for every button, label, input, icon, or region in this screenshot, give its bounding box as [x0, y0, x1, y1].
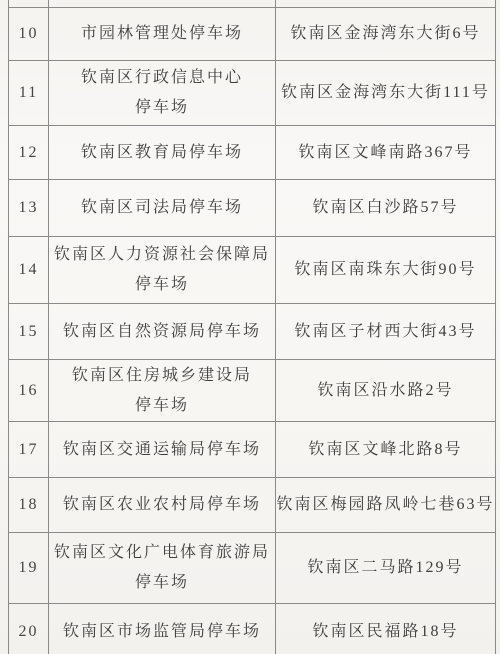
parking-lot-name: 钦南区交通运输局停车场	[49, 422, 276, 478]
table-row: 19 钦南区文化广电体育旅游局 停车场 钦南区二马路129号	[9, 533, 496, 604]
parking-lot-address: 钦南区二马路129号	[276, 533, 496, 604]
table-row: 20 钦南区市场监管局停车场 钦南区民福路18号	[9, 604, 496, 654]
parking-lot-address: 钦南区文峰北路8号	[276, 422, 496, 478]
row-number-cell	[9, 0, 49, 8]
parking-lot-address: 钦南区沿水路2号	[276, 360, 496, 422]
row-number: 13	[9, 180, 49, 237]
parking-lot-name: 钦南区住房城乡建设局 停车场	[49, 360, 276, 422]
parking-lot-name: 钦南区自然资源局停车场	[49, 304, 276, 360]
table-row: 18 钦南区农业农村局停车场 钦南区梅园路凤岭七巷63号	[9, 478, 496, 533]
parking-lot-name: 钦南区市场监管局停车场	[49, 604, 276, 654]
parking-lot-address: 钦南区梅园路凤岭七巷63号	[276, 478, 496, 533]
row-number: 15	[9, 304, 49, 360]
row-number: 18	[9, 478, 49, 533]
parking-lot-address: 钦南区金海湾东大街111号	[276, 61, 496, 126]
table-row-partial	[9, 0, 496, 8]
row-number: 10	[9, 8, 49, 61]
row-number: 11	[9, 61, 49, 126]
parking-lot-table: 10 市园林管理处停车场 钦南区金海湾东大街6号 11 钦南区行政信息中心 停车…	[8, 0, 496, 654]
parking-lot-name: 钦南区司法局停车场	[49, 180, 276, 237]
row-number: 17	[9, 422, 49, 478]
row-number: 16	[9, 360, 49, 422]
row-number: 14	[9, 237, 49, 304]
parking-lot-name: 钦南区农业农村局停车场	[49, 478, 276, 533]
table-row: 11 钦南区行政信息中心 停车场 钦南区金海湾东大街111号	[9, 61, 496, 126]
parking-lot-address-cell	[276, 0, 496, 8]
row-number: 12	[9, 126, 49, 180]
parking-lot-name-cell	[49, 0, 276, 8]
table-row: 10 市园林管理处停车场 钦南区金海湾东大街6号	[9, 8, 496, 61]
scanned-document-page: 10 市园林管理处停车场 钦南区金海湾东大街6号 11 钦南区行政信息中心 停车…	[0, 0, 500, 654]
parking-lot-name: 钦南区人力资源社会保障局 停车场	[49, 237, 276, 304]
table-row: 15 钦南区自然资源局停车场 钦南区子材西大街43号	[9, 304, 496, 360]
parking-lot-name: 市园林管理处停车场	[49, 8, 276, 61]
row-number: 19	[9, 533, 49, 604]
row-number: 20	[9, 604, 49, 654]
parking-lot-name: 钦南区行政信息中心 停车场	[49, 61, 276, 126]
table-row: 13 钦南区司法局停车场 钦南区白沙路57号	[9, 180, 496, 237]
parking-lot-name: 钦南区教育局停车场	[49, 126, 276, 180]
parking-lot-address: 钦南区文峰南路367号	[276, 126, 496, 180]
table-row: 16 钦南区住房城乡建设局 停车场 钦南区沿水路2号	[9, 360, 496, 422]
table-row: 12 钦南区教育局停车场 钦南区文峰南路367号	[9, 126, 496, 180]
parking-lot-address: 钦南区民福路18号	[276, 604, 496, 654]
parking-lot-address: 钦南区子材西大街43号	[276, 304, 496, 360]
parking-lot-name: 钦南区文化广电体育旅游局 停车场	[49, 533, 276, 604]
table-row: 14 钦南区人力资源社会保障局 停车场 钦南区南珠东大街90号	[9, 237, 496, 304]
parking-lot-address: 钦南区白沙路57号	[276, 180, 496, 237]
parking-lot-address: 钦南区南珠东大街90号	[276, 237, 496, 304]
table-row: 17 钦南区交通运输局停车场 钦南区文峰北路8号	[9, 422, 496, 478]
parking-lot-address: 钦南区金海湾东大街6号	[276, 8, 496, 61]
